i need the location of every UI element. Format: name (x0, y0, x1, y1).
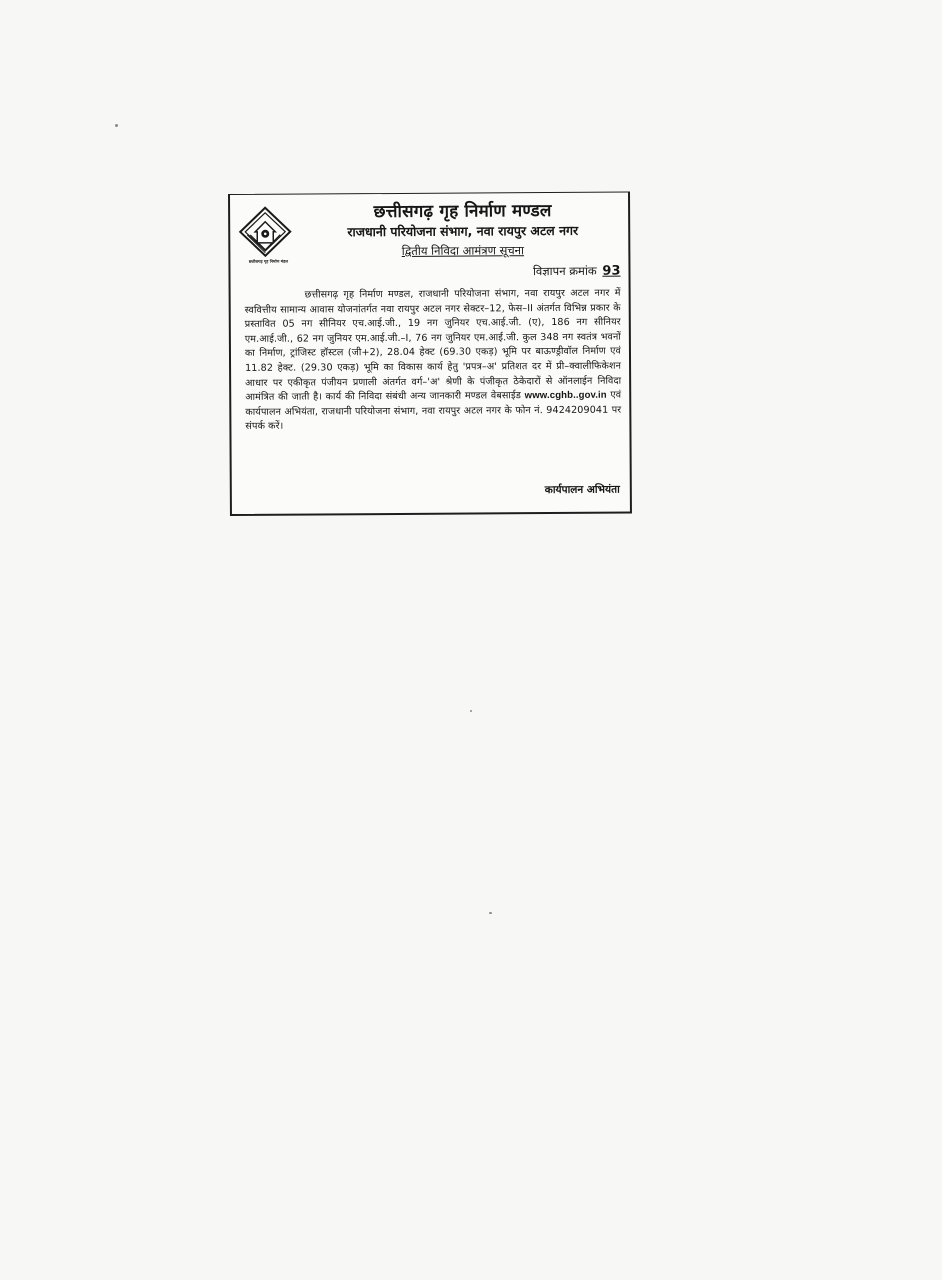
notice-body: छत्तीसगढ़ गृह निर्माण मण्डल, राजधानी परि… (245, 287, 622, 435)
scan-speck (115, 124, 118, 127)
notice-header: छत्तीसगढ़ गृह निर्माण मण्डल राजधानी परिय… (300, 201, 625, 260)
house-in-diamond-logo-icon (236, 205, 294, 259)
division-subtitle: राजधानी परियोजना संभाग, नवा रायपुर अटल न… (300, 222, 625, 241)
signatory: कार्यपालन अभियंता (545, 483, 620, 497)
advertisement-number-label: विज्ञापन क्रमांक (533, 264, 597, 278)
body-text-part1: छत्तीसगढ़ गृह निर्माण मण्डल, राजधानी परि… (245, 288, 622, 403)
scan-speck (489, 912, 492, 914)
notice-type-heading: द्वितीय निविदा आमंत्रण सूचना (402, 242, 524, 259)
advertisement-number: विज्ञापन क्रमांक 93 (533, 263, 621, 281)
scan-speck (470, 710, 472, 712)
logo: छत्तीसगढ़ गृह निर्माण मंडल (236, 205, 294, 269)
organization-title: छत्तीसगढ़ गृह निर्माण मण्डल (300, 201, 625, 224)
phone-number: 9424209041 (546, 404, 608, 415)
logo-caption: छत्तीसगढ़ गृह निर्माण मंडल (236, 259, 300, 265)
advertisement-number-value: 93 (602, 264, 620, 279)
website-link[interactable]: www.cghb..gov.in (525, 390, 607, 402)
tender-notice: छत्तीसगढ़ गृह निर्माण मंडल छत्तीसगढ़ गृह… (228, 192, 632, 516)
